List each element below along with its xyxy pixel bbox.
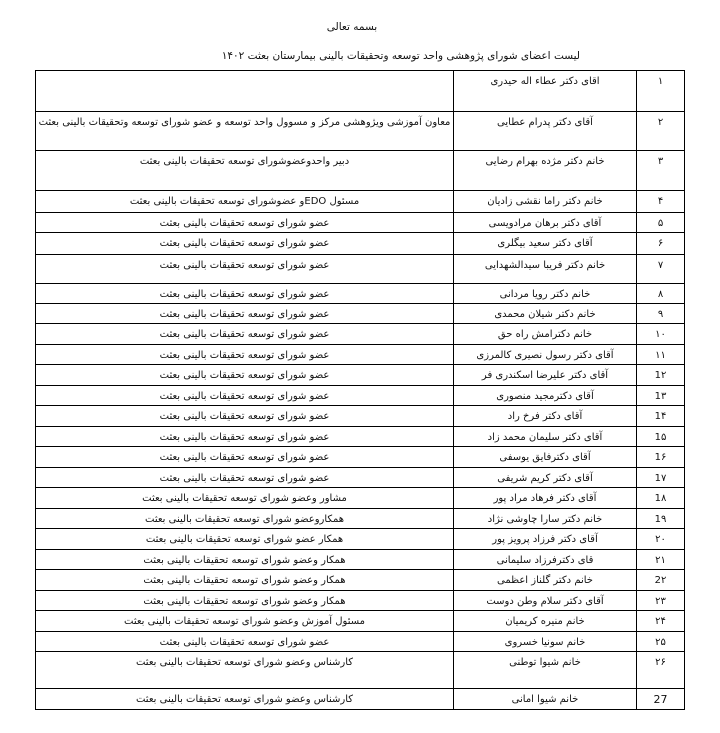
member-role-cell: عضو شورای توسعه تحقیقات بالینی بعثت (36, 255, 454, 284)
table-row: ۶آقای دکتر سعید بیگلریعضو شورای توسعه تح… (36, 233, 685, 255)
member-name-cell: خانم دکتر گلناز اعظمی (454, 570, 637, 591)
document-title: لیست اعضای شورای پژوهشی واحد توسعه وتحقی… (0, 50, 580, 62)
table-row: ۲۴خانم منیره کریمیانمسئول آموزش وعضو شور… (36, 611, 685, 632)
member-role-cell: همکاروعضو شورای توسعه تحقیقات بالینی بعث… (36, 509, 454, 529)
row-number-cell: 1۸ (637, 488, 685, 509)
member-role-cell: مسئول EDOو عضوشورای توسعه تحقیقات بالینی… (36, 191, 454, 213)
member-role-cell: کارشناس وعضو شورای توسعه تحقیقات بالینی … (36, 689, 454, 710)
member-name-cell: آقای دکتر سلیمان محمد زاد (454, 427, 637, 447)
table-row: ۲آقای دکتر پدرام عطاییمعاون آموزشی ویژوه… (36, 112, 685, 151)
table-row: ۸خانم دکتر رویا مردانیعضو شورای توسعه تح… (36, 284, 685, 304)
table-row: ۹خانم دکتر شیلان محمدیعضو شورای توسعه تح… (36, 304, 685, 324)
row-number-cell: ۳ (637, 151, 685, 191)
member-role-cell: عضو شورای توسعه تحقیقات بالینی بعثت (36, 447, 454, 468)
member-name-cell: آقای دکتر علیرضا اسکندری فر (454, 365, 637, 386)
member-name-cell: آقای دکتر کریم شریفی (454, 468, 637, 488)
member-role-cell: عضو شورای توسعه تحقیقات بالینی بعثت (36, 213, 454, 233)
member-role-cell: مشاور وعضو شورای توسعه تحقیقات بالینی بع… (36, 488, 454, 509)
member-role-cell: معاون آموزشی ویژوهشی مرکز و مسوول واحد ت… (36, 112, 454, 151)
member-name-cell: قای دکترفرزاد سلیمانی (454, 550, 637, 570)
table-row: ۱اقای دکتر عطاء اله حیدری (36, 71, 685, 112)
row-number-cell: ۲۱ (637, 550, 685, 570)
row-number-cell: ۴ (637, 191, 685, 213)
table-row: ۳خانم دکتر مژده بهرام رضاییدبیر واحدوعضو… (36, 151, 685, 191)
row-number-cell: ۲۳ (637, 591, 685, 611)
member-name-cell: خانم دکتر مژده بهرام رضایی (454, 151, 637, 191)
table-row: ۲۶خانم شیوا توطنیکارشناس وعضو شورای توسع… (36, 652, 685, 689)
members-table: ۱اقای دکتر عطاء اله حیدری۲آقای دکتر پدرا… (35, 70, 685, 710)
member-role-cell: کارشناس وعضو شورای توسعه تحقیقات بالینی … (36, 652, 454, 689)
member-name-cell: خانم سونیا خسروی (454, 632, 637, 652)
member-name-cell: آقای دکتر فرهاد مراد پور (454, 488, 637, 509)
table-row: 1۲آقای دکتر علیرضا اسکندری فرعضو شورای ت… (36, 365, 685, 386)
member-role-cell: عضو شورای توسعه تحقیقات بالینی بعثت (36, 345, 454, 365)
member-role-cell: عضو شورای توسعه تحقیقات بالینی بعثت (36, 406, 454, 427)
member-name-cell: خانم دکتر راما نقشی زادیان (454, 191, 637, 213)
member-name-cell: آقای دکترمجید منصوری (454, 386, 637, 406)
row-number-cell: ۵ (637, 213, 685, 233)
table-row: ۱۱آقای دکتر رسول نصیری کالمرزیعضو شورای … (36, 345, 685, 365)
member-role-cell (36, 71, 454, 112)
member-name-cell: خانم منیره کریمیان (454, 611, 637, 632)
table-row: 1۷آقای دکتر کریم شریفیعضو شورای توسعه تح… (36, 468, 685, 488)
basmala-heading: بسمه تعالی (0, 21, 712, 33)
table-row: 1۹خانم دکتر سارا چاوشی نژادهمکاروعضو شور… (36, 509, 685, 529)
row-number-cell: ۲۰ (637, 529, 685, 550)
member-role-cell: همکار وعضو شورای توسعه تحقیقات بالینی بع… (36, 570, 454, 591)
member-role-cell: عضو شورای توسعه تحقیقات بالینی بعثت (36, 386, 454, 406)
table-row: ۲۰آقای دکتر فرزاد پرویز پورهمکار عضو شور… (36, 529, 685, 550)
member-role-cell: عضو شورای توسعه تحقیقات بالینی بعثت (36, 427, 454, 447)
row-number-cell: 1۹ (637, 509, 685, 529)
member-name-cell: آقای دکتر فرزاد پرویز پور (454, 529, 637, 550)
member-name-cell: آقای دکتر برهان مرادویسی (454, 213, 637, 233)
member-name-cell: خانم دکتر شیلان محمدی (454, 304, 637, 324)
member-name-cell: آقای دکتر رسول نصیری کالمرزی (454, 345, 637, 365)
row-number-cell: ۲۴ (637, 611, 685, 632)
member-role-cell: همکار وعضو شورای توسعه تحقیقات بالینی بع… (36, 550, 454, 570)
member-name-cell: خانم شیوا توطنی (454, 652, 637, 689)
row-number-cell: ۱۰ (637, 324, 685, 345)
row-number-cell: 27 (637, 689, 685, 710)
table-row: 1۵آقای دکتر سلیمان محمد زادعضو شورای توس… (36, 427, 685, 447)
member-role-cell: عضو شورای توسعه تحقیقات بالینی بعثت (36, 284, 454, 304)
member-name-cell: آقای دکترفایق یوسفی (454, 447, 637, 468)
row-number-cell: ۱۱ (637, 345, 685, 365)
table-row: ۲۳آقای دکتر سلام وطن دوستهمکار وعضو شورا… (36, 591, 685, 611)
row-number-cell: ۲۶ (637, 652, 685, 689)
table-row: ۱۰خانم دکترامش راه حقعضو شورای توسعه تحق… (36, 324, 685, 345)
table-row: ۲۵خانم سونیا خسرویعضو شورای توسعه تحقیقا… (36, 632, 685, 652)
members-table-body: ۱اقای دکتر عطاء اله حیدری۲آقای دکتر پدرا… (36, 71, 685, 710)
member-role-cell: همکار وعضو شورای توسعه تحقیقات بالینی بع… (36, 591, 454, 611)
row-number-cell: 1۷ (637, 468, 685, 488)
member-role-cell: عضو شورای توسعه تحقیقات بالینی بعثت (36, 304, 454, 324)
member-name-cell: آقای دکتر سعید بیگلری (454, 233, 637, 255)
row-number-cell: ۸ (637, 284, 685, 304)
row-number-cell: 1۵ (637, 427, 685, 447)
member-name-cell: خانم شیوا امانی (454, 689, 637, 710)
row-number-cell: 1۳ (637, 386, 685, 406)
row-number-cell: ۷ (637, 255, 685, 284)
table-row: 1۳آقای دکترمجید منصوریعضو شورای توسعه تح… (36, 386, 685, 406)
table-row: ۷خانم دکتر فریبا سیدالشهداییعضو شورای تو… (36, 255, 685, 284)
member-name-cell: خانم دکتر سارا چاوشی نژاد (454, 509, 637, 529)
row-number-cell: ۶ (637, 233, 685, 255)
row-number-cell: 1۴ (637, 406, 685, 427)
table-row: ۴خانم دکتر راما نقشی زادیانمسئول EDOو عض… (36, 191, 685, 213)
member-role-cell: همکار عضو شورای توسعه تحقیقات بالینی بعث… (36, 529, 454, 550)
member-name-cell: خانم دکتر فریبا سیدالشهدایی (454, 255, 637, 284)
table-row: 2۲خانم دکتر گلناز اعظمیهمکار وعضو شورای … (36, 570, 685, 591)
row-number-cell: ۱ (637, 71, 685, 112)
table-row: 1۸آقای دکتر فرهاد مراد پورمشاور وعضو شور… (36, 488, 685, 509)
member-role-cell: عضو شورای توسعه تحقیقات بالینی بعثت (36, 468, 454, 488)
table-row: 1۴آقای دکتر فرخ رادعضو شورای توسعه تحقیق… (36, 406, 685, 427)
row-number-cell: ۲ (637, 112, 685, 151)
member-role-cell: دبیر واحدوعضوشورای توسعه تحقیقات بالینی … (36, 151, 454, 191)
member-role-cell: عضو شورای توسعه تحقیقات بالینی بعثت (36, 365, 454, 386)
table-row: ۲۱قای دکترفرزاد سلیمانیهمکار وعضو شورای … (36, 550, 685, 570)
member-name-cell: خانم دکتر رویا مردانی (454, 284, 637, 304)
row-number-cell: 1۲ (637, 365, 685, 386)
table-row: 27خانم شیوا امانیکارشناس وعضو شورای توسع… (36, 689, 685, 710)
row-number-cell: 1۶ (637, 447, 685, 468)
row-number-cell: ۹ (637, 304, 685, 324)
table-row: 1۶آقای دکترفایق یوسفیعضو شورای توسعه تحق… (36, 447, 685, 468)
member-role-cell: مسئول آموزش وعضو شورای توسعه تحقیقات بال… (36, 611, 454, 632)
member-role-cell: عضو شورای توسعه تحقیقات بالینی بعثت (36, 233, 454, 255)
member-role-cell: عضو شورای توسعه تحقیقات بالینی بعثت (36, 632, 454, 652)
row-number-cell: 2۲ (637, 570, 685, 591)
row-number-cell: ۲۵ (637, 632, 685, 652)
member-role-cell: عضو شورای توسعه تحقیقات بالینی بعثت (36, 324, 454, 345)
table-row: ۵آقای دکتر برهان مرادویسیعضو شورای توسعه… (36, 213, 685, 233)
member-name-cell: آقای دکتر فرخ راد (454, 406, 637, 427)
member-name-cell: آقای دکتر سلام وطن دوست (454, 591, 637, 611)
member-name-cell: اقای دکتر عطاء اله حیدری (454, 71, 637, 112)
member-name-cell: آقای دکتر پدرام عطایی (454, 112, 637, 151)
member-name-cell: خانم دکترامش راه حق (454, 324, 637, 345)
